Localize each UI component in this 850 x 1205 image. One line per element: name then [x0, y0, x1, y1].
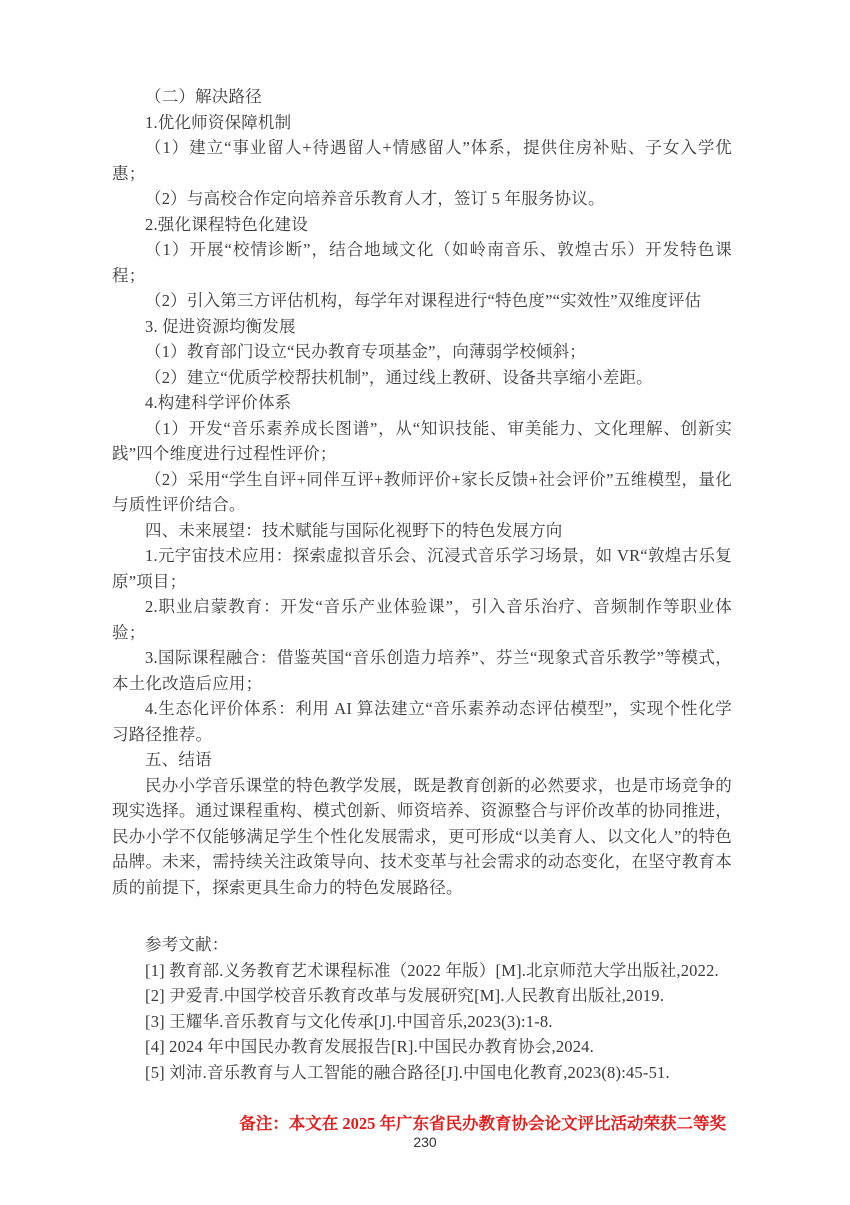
list-subitem: （1）开展“校情诊断”，结合地域文化（如岭南音乐、敦煌古乐）开发特色课程； [112, 237, 732, 288]
paper-page: （二）解决路径 1.优化师资保障机制 （1）建立“事业留人+待遇留人+情感留人”… [0, 0, 850, 1205]
reference-item: [5] 刘沛.音乐教育与人工智能的融合路径[J].中国电化教育,2023(8):… [112, 1060, 732, 1086]
section-heading-future-outlook: 四、未来展望：技术赋能与国际化视野下的特色发展方向 [112, 518, 732, 544]
conclusion-paragraph: 民办小学音乐课堂的特色教学发展，既是教育创新的必然要求，也是市场竞争的现实选择。… [112, 773, 732, 901]
list-subitem: （2）引入第三方评估机构，每学年对课程进行“特色度”“实效性”双维度评估 [112, 288, 732, 314]
list-item-teacher-mechanism: 1.优化师资保障机制 [112, 110, 732, 136]
list-subitem: （1）建立“事业留人+待遇留人+情感留人”体系，提供住房补贴、子女入学优惠； [112, 135, 732, 186]
list-item-evaluation: 4.构建科学评价体系 [112, 390, 732, 416]
reference-item: [1] 教育部.义务教育艺术课程标准（2022 年版）[M].北京师范大学出版社… [112, 958, 732, 984]
award-note: 备注：本文在 2025 年广东省民办教育协会论文评比活动荣获二等奖 [112, 1111, 732, 1137]
reference-item: [2] 尹爱青.中国学校音乐教育改革与发展研究[M].人民教育出版社,2019. [112, 983, 732, 1009]
section-heading-solutions: （二）解决路径 [112, 84, 732, 110]
reference-item: [4] 2024 年中国民办教育发展报告[R].中国民办教育协会,2024. [112, 1034, 732, 1060]
list-item-international: 3.国际课程融合：借鉴英国“音乐创造力培养”、芬兰“现象式音乐教学”等模式，本土… [112, 645, 732, 696]
list-subitem: （2）建立“优质学校帮扶机制”，通过线上教研、设备共享缩小差距。 [112, 365, 732, 391]
list-subitem: （1）教育部门设立“民办教育专项基金”，向薄弱学校倾斜； [112, 339, 732, 365]
list-item-resources: 3. 促进资源均衡发展 [112, 314, 732, 340]
section-heading-conclusion: 五、结语 [112, 747, 732, 773]
list-subitem: （1）开发“音乐素养成长图谱”，从“知识技能、审美能力、文化理解、创新实践”四个… [112, 416, 732, 467]
list-subitem: （2）与高校合作定向培养音乐教育人才，签订 5 年服务协议。 [112, 186, 732, 212]
page-number: 230 [0, 1134, 850, 1150]
references-heading: 参考文献： [112, 932, 732, 958]
list-item-metaverse: 1.元宇宙技术应用：探索虚拟音乐会、沉浸式音乐学习场景，如 VR“敦煌古乐复原”… [112, 543, 732, 594]
list-subitem: （2）采用“学生自评+同伴互评+教师评价+家长反馈+社会评价”五维模型，量化与质… [112, 467, 732, 518]
list-item-ai-evaluation: 4.生态化评价体系：利用 AI 算法建立“音乐素养动态评估模型”，实现个性化学习… [112, 696, 732, 747]
list-item-curriculum: 2.强化课程特色化建设 [112, 212, 732, 238]
reference-item: [3] 王耀华.音乐教育与文化传承[J].中国音乐,2023(3):1-8. [112, 1009, 732, 1035]
references-section: 参考文献： [1] 教育部.义务教育艺术课程标准（2022 年版）[M].北京师… [112, 932, 732, 1085]
list-item-career: 2.职业启蒙教育：开发“音乐产业体验课”，引入音乐治疗、音频制作等职业体验； [112, 594, 732, 645]
paper-body: （二）解决路径 1.优化师资保障机制 （1）建立“事业留人+待遇留人+情感留人”… [112, 84, 732, 1137]
